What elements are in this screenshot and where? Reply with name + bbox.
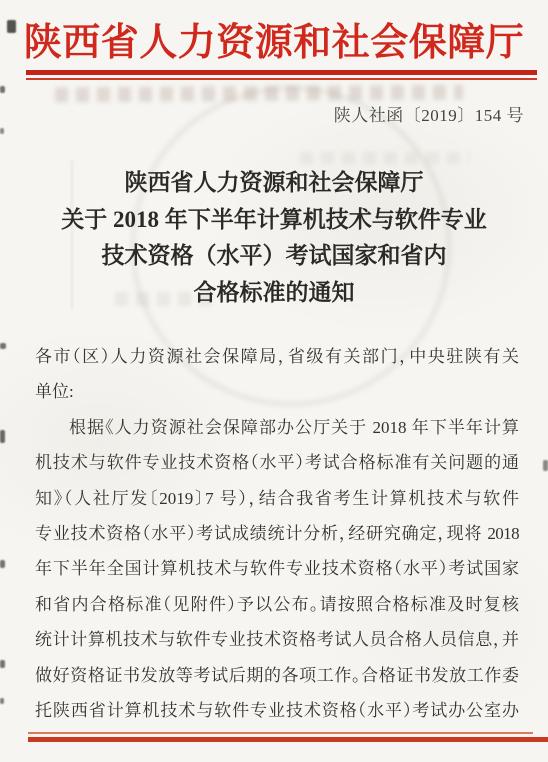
notice-body: 各市（区）人力资源社会保障局，省级有关部门，中央驻陕有关 单位: 根据《人力资源…: [35, 339, 519, 728]
letterhead-rule: [26, 70, 537, 80]
body-paragraph-line: 专业技术资格（水平）考试成绩统计分析，经研究确定，现将 2018: [35, 516, 519, 551]
letterhead-rule-thin: [26, 78, 537, 80]
scan-speck: [0, 560, 5, 568]
body-paragraph-line: 托陕西省计算机技术与软件专业技术资格（水平）考试办公室办: [35, 693, 519, 728]
footer-rule-thin: [28, 732, 533, 734]
scan-speck: [0, 430, 5, 443]
notice-title: 陕西省人力资源和社会保障厅 关于 2018 年下半年计算机技术与软件专业 技术资…: [0, 165, 548, 312]
notice-title-line: 陕西省人力资源和社会保障厅: [0, 165, 548, 202]
body-paragraph-line: 机技术与软件专业技术资格（水平）考试合格标准有关问题的通: [35, 445, 519, 480]
notice-title-line: 技术资格（水平）考试国家和省内: [0, 238, 548, 275]
scan-speck: [0, 698, 4, 704]
scan-speck: [543, 460, 548, 471]
footer-rule-thick: [28, 737, 548, 743]
body-paragraph-line: 做好资格证书发放等考试后期的各项工作。合格证书发放工作委: [35, 658, 519, 693]
salutation-line: 单位:: [35, 374, 519, 409]
salutation-line: 各市（区）人力资源社会保障局，省级有关部门，中央驻陕有关: [35, 339, 519, 374]
body-paragraph-line: 知》（人社厅发〔2019〕7 号），结合我省考生计算机技术与软件: [35, 481, 519, 516]
body-paragraph-line: 统计计算机技术与软件专业技术资格考试人员合格人员信息，并: [35, 622, 519, 657]
body-paragraph-line: 根据《人力资源社会保障部办公厅关于 2018 年下半年计算: [35, 410, 519, 445]
notice-title-line: 关于 2018 年下半年计算机技术与软件专业: [0, 202, 548, 239]
letterhead-agency-name: 陕西省人力资源和社会保障厅: [0, 11, 548, 66]
document-number: 陕人社函〔2019〕154 号: [334, 101, 524, 126]
footer-rule: [28, 732, 548, 742]
scan-speck: [0, 86, 5, 93]
notice-title-line: 合格标准的通知: [0, 275, 548, 312]
scan-speck: [0, 128, 4, 134]
scanned-document-page: 陕西省人力资源和社会保障厅 陕人社函〔2019〕154 号 陕西省人力资源和社会…: [0, 0, 548, 762]
letterhead-rule-thick: [26, 70, 537, 75]
scan-speck: [0, 343, 6, 349]
body-paragraph-line: 年下半年全国计算机技术与软件专业技术资格（水平）考试国家: [35, 551, 519, 586]
body-paragraph-line: 和省内合格标准（见附件）予以公布。请按照合格标准及时复核: [35, 587, 519, 622]
scan-speck: [0, 660, 5, 668]
